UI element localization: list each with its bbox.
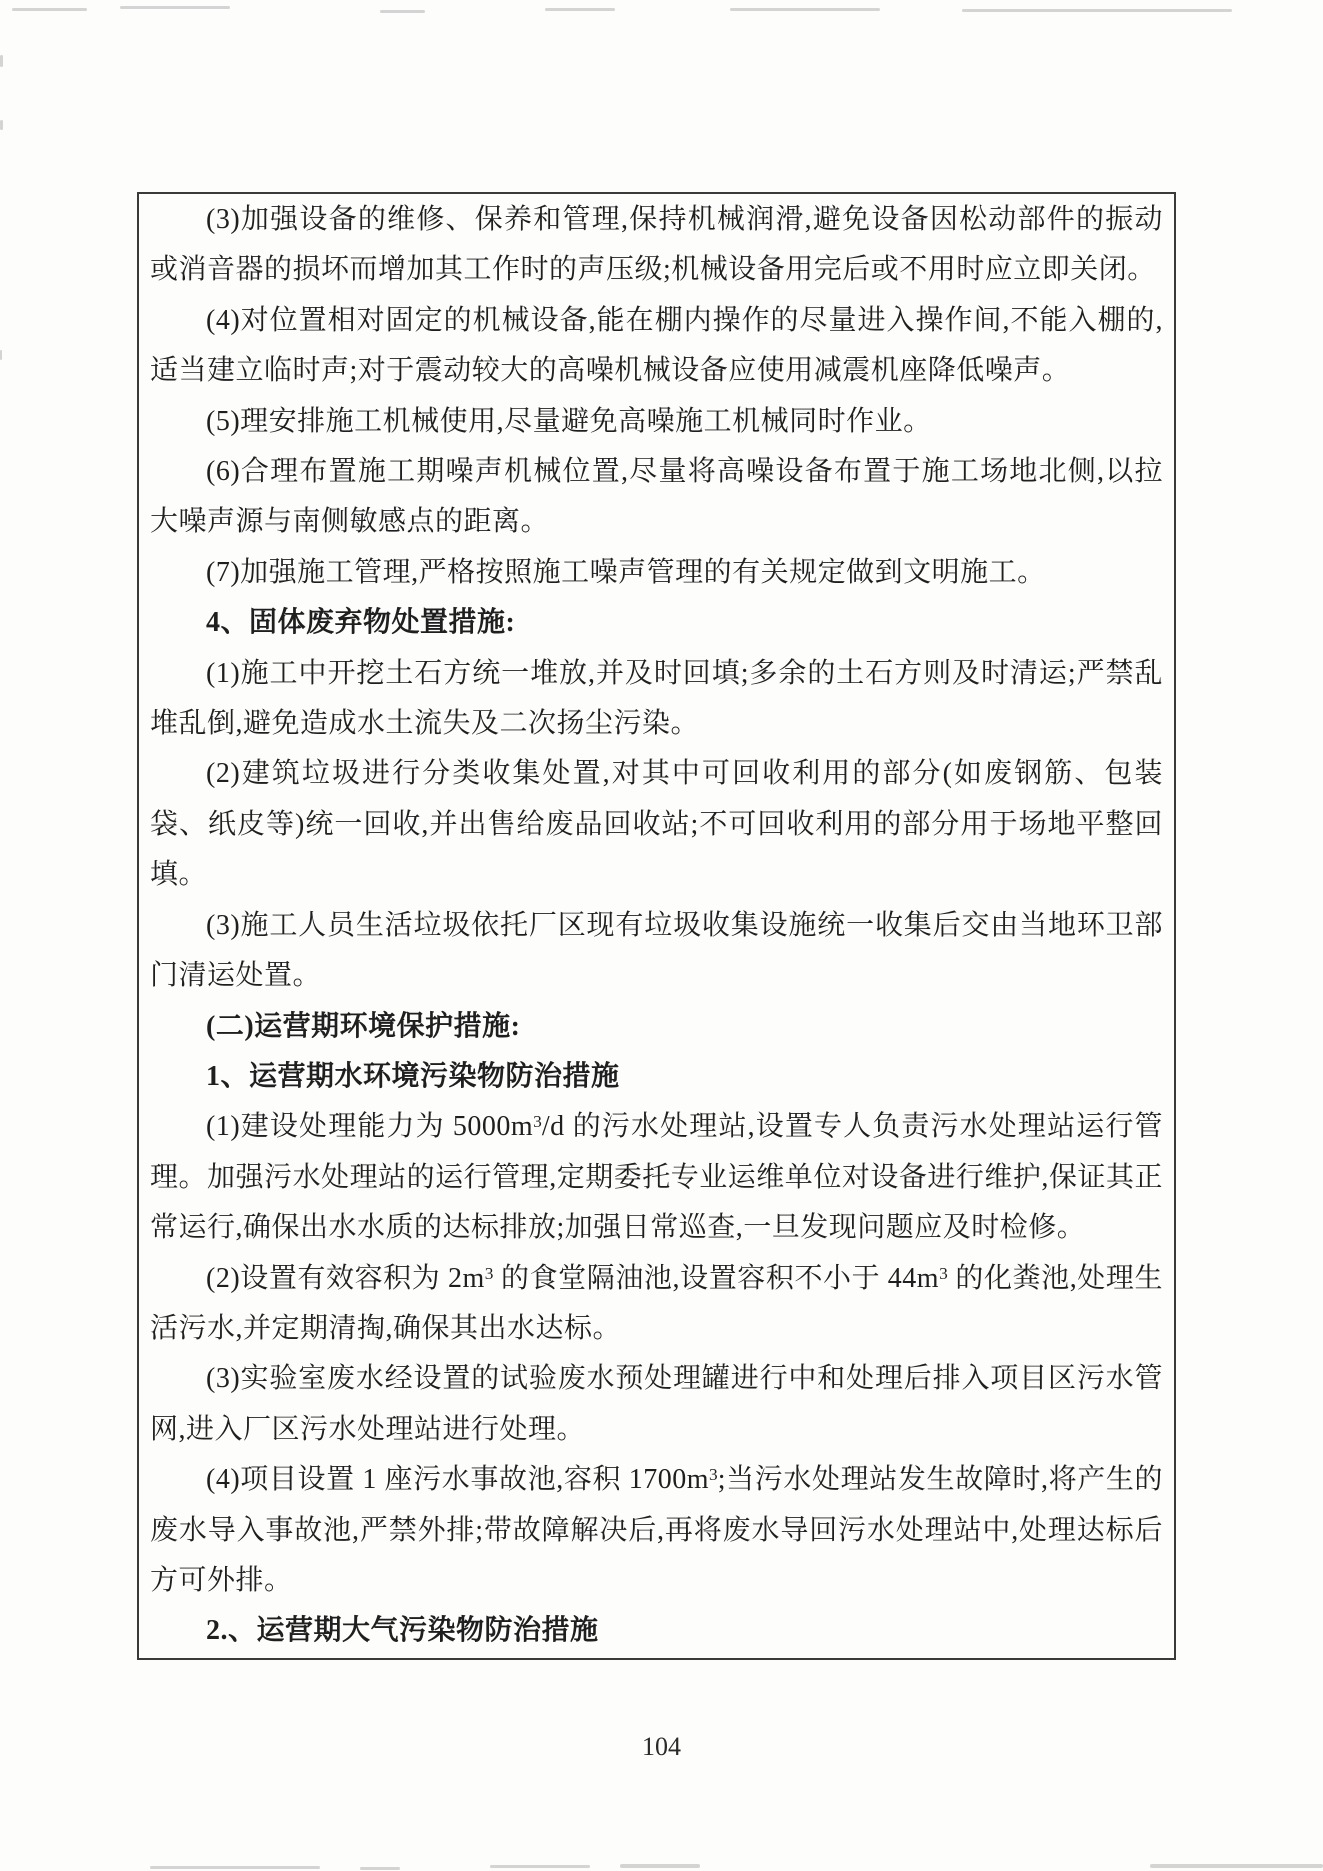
scan-artifact	[0, 350, 2, 360]
paragraph: (3)实验室废水经设置的试验废水预处理罐进行中和处理后排入项目区污水管网,进入厂…	[150, 1354, 1163, 1455]
scan-artifact	[0, 55, 3, 67]
document-page: (3)加强设备的维修、保养和管理,保持机械润滑,避免设备因松动部件的振动或消音器…	[0, 0, 1323, 1871]
text-segment: (1)施工中开挖土石方统一堆放,并及时回填;多余的土石方则及时清运;严禁乱堆乱倒…	[150, 658, 1163, 739]
paragraph: (2)设置有效容积为 2m3 的食堂隔油池,设置容积不小于 44m3 的化粪池,…	[150, 1254, 1163, 1355]
scan-artifact	[360, 1867, 400, 1870]
text-segment: (5)理安排施工机械使用,尽量避免高噪施工机械同时作业。	[206, 406, 932, 437]
paragraph: (1)施工中开挖土石方统一堆放,并及时回填;多余的土石方则及时清运;严禁乱堆乱倒…	[150, 649, 1163, 750]
text-segment: (7)加强施工管理,严格按照施工噪声管理的有关规定做到文明施工。	[206, 557, 1046, 588]
text-sup-segment: 3	[533, 1112, 542, 1131]
text-segment: 4、固体废弃物处置措施:	[206, 607, 515, 638]
paragraph: (7)加强施工管理,严格按照施工噪声管理的有关规定做到文明施工。	[150, 548, 1163, 598]
scan-artifact	[150, 1866, 320, 1869]
paragraph: (5)理安排施工机械使用,尽量避免高噪施工机械同时作业。	[150, 397, 1163, 447]
document-border-box: (3)加强设备的维修、保养和管理,保持机械润滑,避免设备因松动部件的振动或消音器…	[137, 192, 1176, 1660]
paragraph: (1)加强对燃气锅炉的运行管理,确保天然气、沼气燃烧充分,保证烟尘、SO2、NO…	[150, 1657, 1163, 1660]
text-sup-segment: 3	[939, 1264, 948, 1283]
paragraph: (3)加强设备的维修、保养和管理,保持机械润滑,避免设备因松动部件的振动或消音器…	[150, 195, 1163, 296]
paragraph: (3)施工人员生活垃圾依托厂区现有垃圾收集设施统一收集后交由当地环卫部门清运处置…	[150, 901, 1163, 1002]
section-heading: 2.、运营期大气污染物防治措施	[150, 1606, 1163, 1656]
text-segment: 的食堂隔油池,设置容积不小于 44m	[493, 1263, 939, 1294]
scan-artifact	[0, 120, 3, 130]
text-segment: (二)运营期环境保护措施:	[206, 1011, 520, 1042]
text-segment: (6)合理布置施工期噪声机械位置,尽量将高噪设备布置于施工场地北侧,以拉大噪声源…	[150, 456, 1163, 537]
text-segment: 1、运营期水环境污染物防治措施	[206, 1061, 620, 1092]
text-segment: (3)实验室废水经设置的试验废水预处理罐进行中和处理后排入项目区污水管网,进入厂…	[150, 1363, 1163, 1444]
text-segment: (3)施工人员生活垃圾依托厂区现有垃圾收集设施统一收集后交由当地环卫部门清运处置…	[150, 910, 1163, 991]
scan-artifact	[490, 1865, 590, 1868]
text-segment: (3)加强设备的维修、保养和管理,保持机械润滑,避免设备因松动部件的振动或消音器…	[150, 204, 1163, 285]
paragraph: (6)合理布置施工期噪声机械位置,尽量将高噪设备布置于施工场地北侧,以拉大噪声源…	[150, 447, 1163, 548]
scan-artifact	[545, 8, 615, 11]
paragraph: (4)对位置相对固定的机械设备,能在棚内操作的尽量进入操作间,不能入棚的,适当建…	[150, 296, 1163, 397]
section-heading: 1、运营期水环境污染物防治措施	[150, 1052, 1163, 1102]
scan-artifact	[380, 10, 425, 13]
scan-artifact	[962, 9, 1232, 12]
text-segment: (2)建筑垃圾进行分类收集处置,对其中可回收利用的部分(如废钢筋、包装袋、纸皮等…	[150, 758, 1163, 890]
page-number: 104	[0, 1732, 1323, 1762]
text-segment: (1)建设处理能力为 5000m	[206, 1111, 533, 1142]
text-segment: (4)项目设置 1 座污水事故池,容积 1700m	[206, 1464, 709, 1495]
scan-artifact	[120, 6, 230, 9]
scan-artifact	[1150, 1864, 1323, 1868]
section-heading: 4、固体废弃物处置措施:	[150, 598, 1163, 648]
text-sup-segment: 3	[709, 1465, 718, 1484]
text-segment: (2)设置有效容积为 2m	[206, 1263, 485, 1294]
section-heading: (二)运营期环境保护措施:	[150, 1002, 1163, 1052]
text-segment: (4)对位置相对固定的机械设备,能在棚内操作的尽量进入操作间,不能入棚的,适当建…	[150, 305, 1163, 386]
scan-artifact	[620, 1864, 700, 1868]
scan-artifact	[12, 8, 87, 11]
paragraph: (1)建设处理能力为 5000m3/d 的污水处理站,设置专人负责污水处理站运行…	[150, 1102, 1163, 1253]
paragraph: (2)建筑垃圾进行分类收集处置,对其中可回收利用的部分(如废钢筋、包装袋、纸皮等…	[150, 749, 1163, 900]
scan-artifact	[730, 8, 880, 11]
text-segment: 2.、运营期大气污染物防治措施	[206, 1615, 599, 1646]
paragraph: (4)项目设置 1 座污水事故池,容积 1700m3;当污水处理站发生故障时,将…	[150, 1455, 1163, 1606]
